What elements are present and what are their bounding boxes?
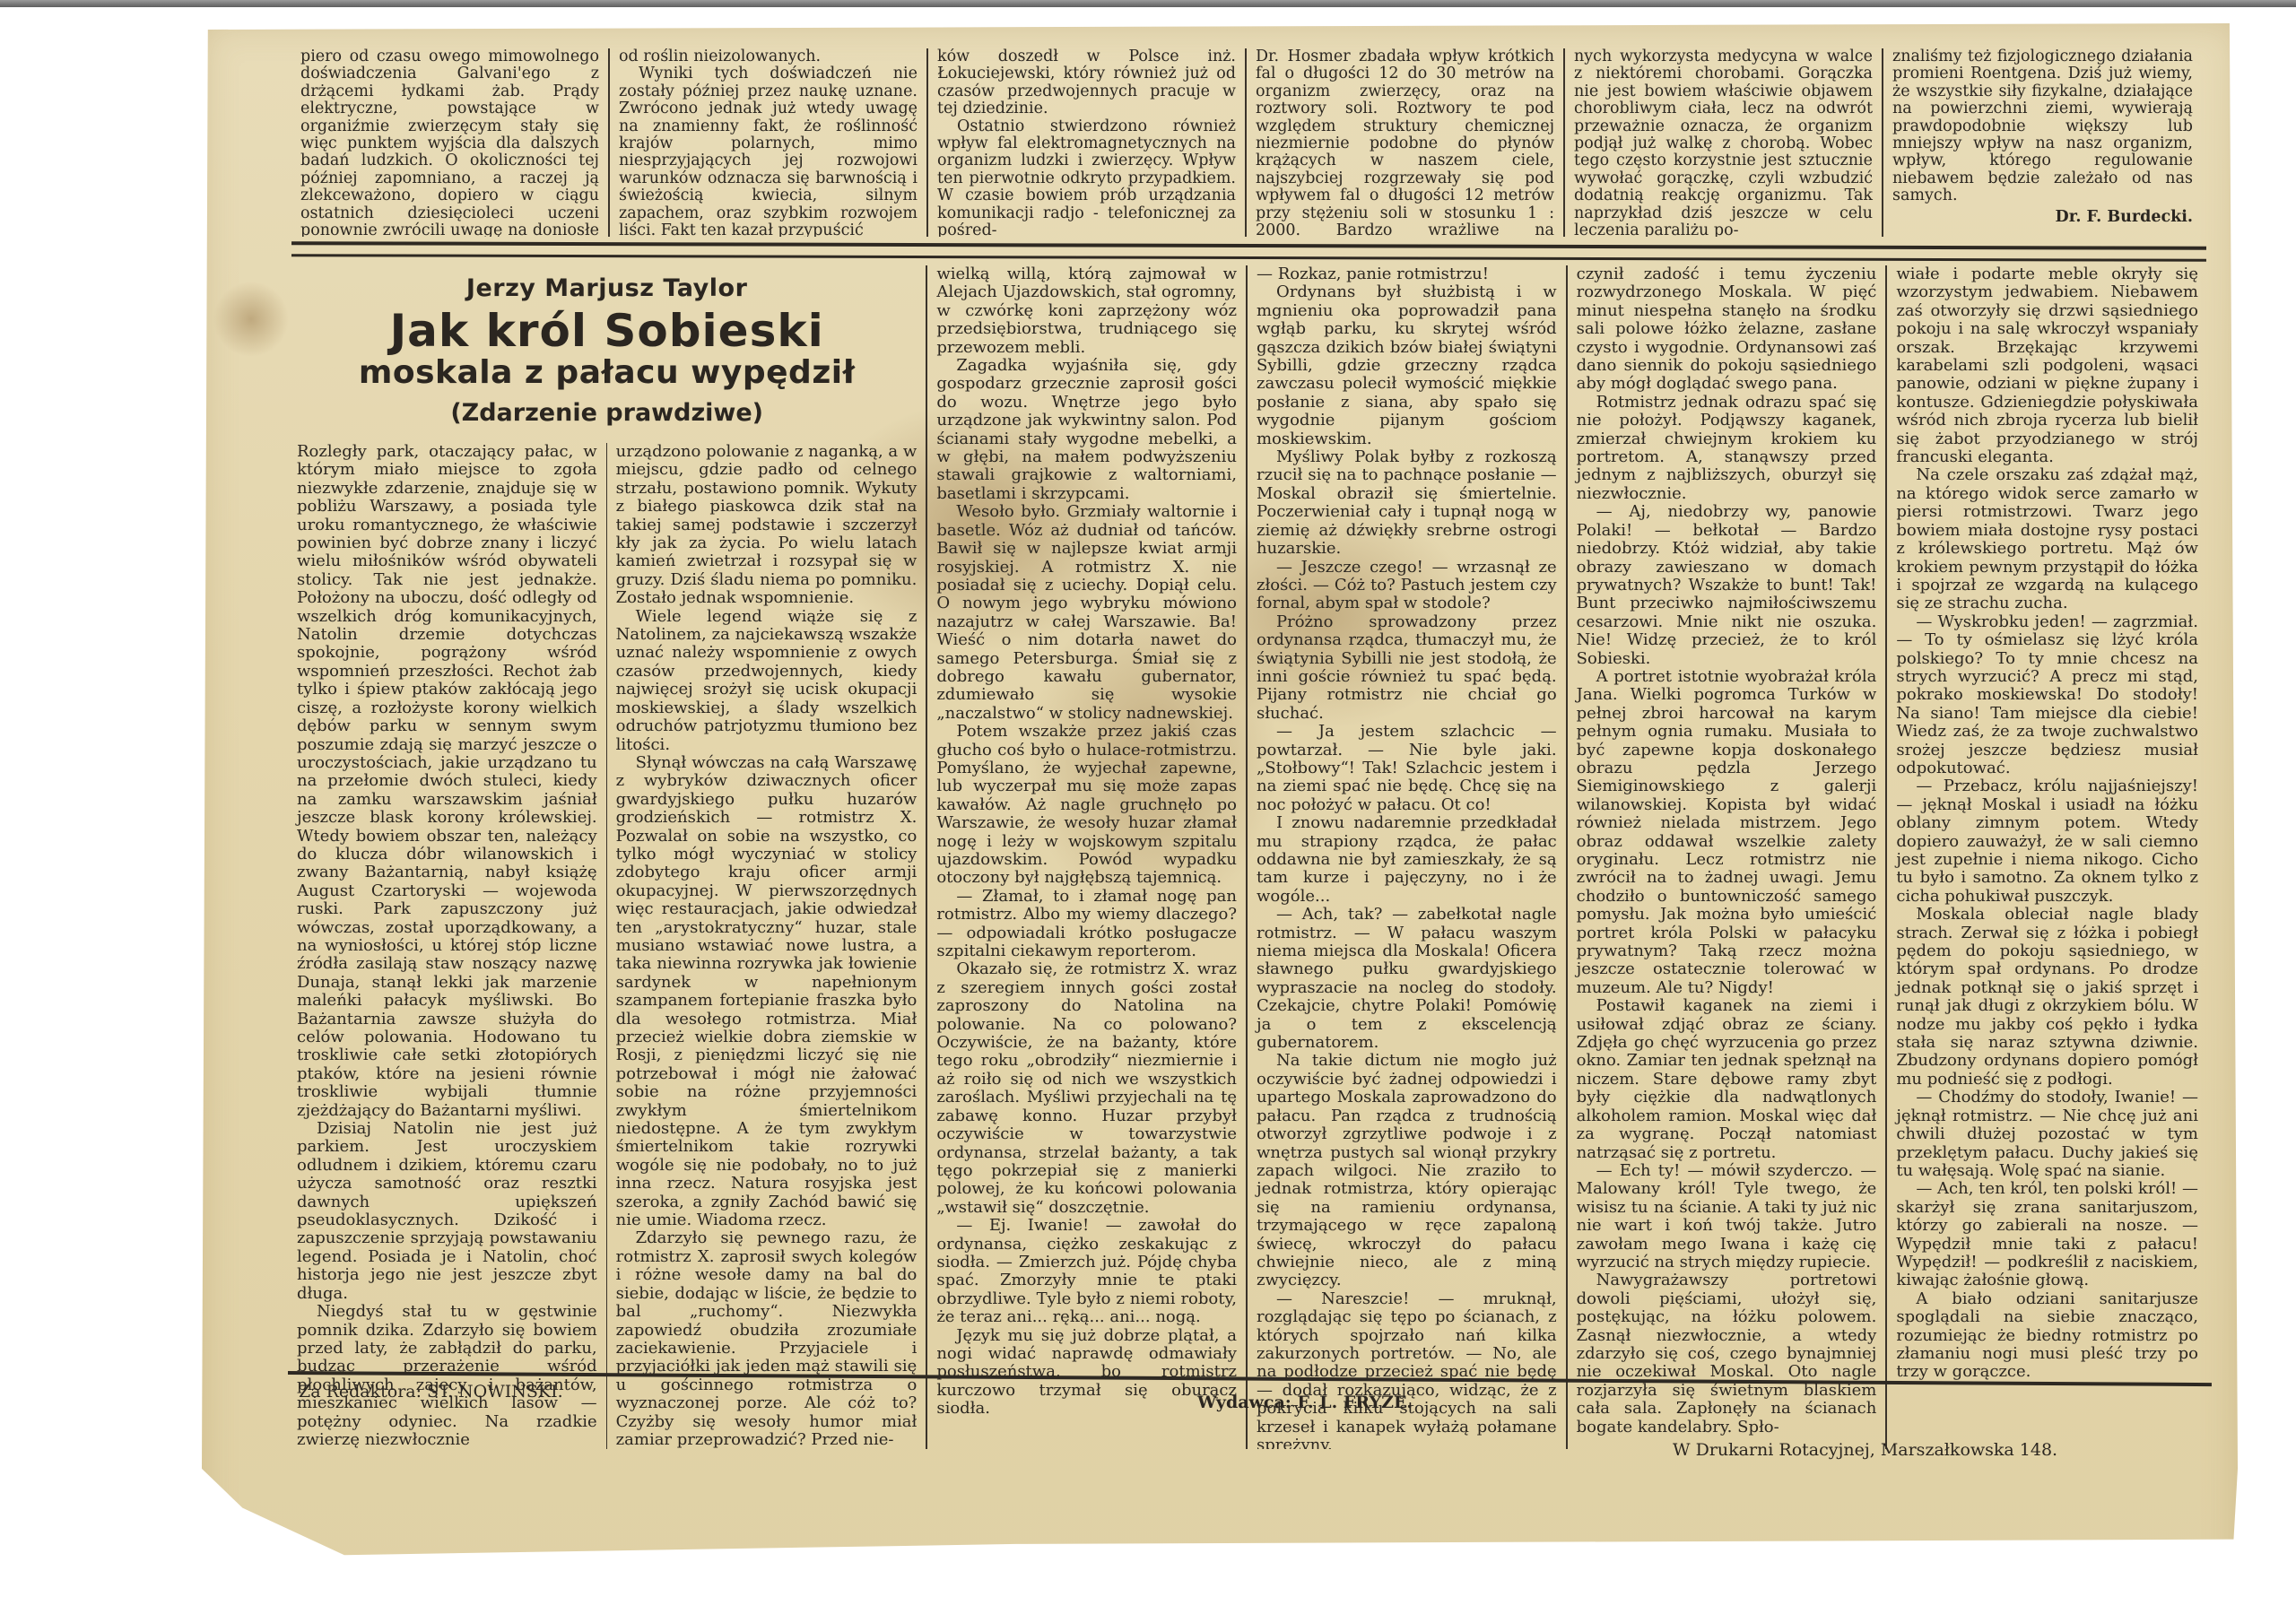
- paragraph: od roślin nieizolowanych.: [619, 48, 918, 65]
- paragraph: ków doszedł w Polsce inż. Łokuciejewski,…: [937, 48, 1236, 118]
- paragraph: Wyniki tych doświadczeń nie zostały późn…: [619, 65, 918, 237]
- paragraph: — Aj, niedobrzy wy, panowie Polaki! — be…: [1577, 503, 1877, 668]
- top-column-2: od roślin nieizolowanych. Wyniki tych do…: [610, 48, 928, 237]
- paragraph: — Ach, tak? — zabełkotał nagle rotmistrz…: [1257, 906, 1557, 1052]
- paragraph: Dzisiaj Natolin nie jest już parkiem. Je…: [297, 1120, 597, 1303]
- story-title-line2: moskala z pałacu wypędził: [288, 354, 926, 392]
- story: Jerzy Marjusz Taylor Jak król Sobieski m…: [288, 265, 2207, 1364]
- story-column-2: urządzono polowanie z naganką, a w miejs…: [607, 443, 926, 1449]
- story-column-6: wiałe i podarte meble okryły się wzorzys…: [1887, 265, 2207, 1449]
- paragraph: Ordynans był służbistą i w mgnieniu oka …: [1257, 283, 1557, 448]
- top-column-1: piero od czasu owego mimowolnego doświad…: [291, 48, 610, 237]
- paragraph: czynił zadość i temu życzeniu rozwydrzon…: [1577, 265, 1877, 394]
- paragraph: Rozległy park, otaczający pałac, w który…: [297, 443, 597, 1120]
- paragraph: Dr. Hosmer zbadała wpływ krótkich fal o …: [1256, 48, 1554, 237]
- paragraph: Rotmistrz jednak odrazu spać się nie poł…: [1577, 394, 1877, 503]
- paragraph: piero od czasu owego mimowolnego doświad…: [300, 48, 599, 237]
- top-column-6: znaliśmy też fizjologicznego działania p…: [1883, 48, 2202, 237]
- editor-credit: Za Redaktora: ST. NOWINSKI.: [299, 1382, 563, 1402]
- scanner-edge: [0, 0, 2296, 7]
- paragraph: — Jeszcze czego! — wrzasnął ze złości. —…: [1257, 559, 1557, 613]
- top-column-4: Dr. Hosmer zbadała wpływ krótkich fal o …: [1247, 48, 1565, 237]
- paragraph: — Ej. Iwanie! — zawołał do ordynansa, ci…: [936, 1217, 1237, 1326]
- paragraph: urządzono polowanie z naganką, a w miejs…: [616, 443, 918, 608]
- newspaper-page: piero od czasu owego mimowolnego doświad…: [202, 23, 2238, 1594]
- paragraph: Ostatnio stwierdzono również wpływ fal e…: [937, 118, 1236, 237]
- story-column-4: — Rozkaz, panie rotmistrzu! Ordynans był…: [1248, 265, 1568, 1449]
- paragraph: Postawił kaganek na ziemi i usiłował zdj…: [1577, 997, 1877, 1162]
- paragraph: A portret istotnie wyobrażał króla Jana.…: [1577, 668, 1877, 997]
- story-column-5: czynił zadość i temu życzeniu rozwydrzon…: [1568, 265, 1888, 1449]
- story-column-1: Rozległy park, otaczający pałac, w który…: [288, 443, 607, 1449]
- paragraph: Zdarzyło się pewnego razu, że rotmistrz …: [616, 1229, 918, 1449]
- paragraph: Słynął wówczas na całą Warszawę z wybryk…: [616, 754, 918, 1230]
- paragraph: Potem wszakże przez jakiś czas głucho co…: [936, 723, 1237, 888]
- paragraph: — Wyskrobku jeden! — zagrzmiał. — To ty …: [1896, 613, 2198, 778]
- paragraph: — Ech ty! — mówił szyderczo. — Malowany …: [1577, 1162, 1877, 1271]
- paragraph: Język mu się już dobrze plątał, a nogi w…: [936, 1327, 1237, 1419]
- paragraph: A biało odziani sanitarjusze spoglądali …: [1896, 1290, 2198, 1382]
- printer-credit: W Drukarni Rotacyjnej, Marszałkowska 148…: [1673, 1440, 2057, 1460]
- paragraph: Moskala obleciał nagle blady strach. Zer…: [1896, 906, 2198, 1089]
- paragraph: Wiele legend wiąże się z Natolinem, za n…: [616, 608, 918, 754]
- publisher-credit: Wydawca: F. L. FRYZE.: [1197, 1393, 1413, 1412]
- paragraph: Próżno sprowadzony przez ordynansa rządc…: [1257, 613, 1557, 723]
- paragraph: — Ach, ten król, ten polski król! — skar…: [1896, 1180, 2198, 1289]
- story-subtitle: (Zdarzenie prawdziwe): [288, 399, 926, 427]
- paragraph: Okazało się, że rotmistrz X. wraz z szer…: [936, 960, 1237, 1217]
- paragraph: Wesoło było. Grzmiały waltornie i basetl…: [936, 503, 1237, 723]
- top-article-continuation: piero od czasu owego mimowolnego doświad…: [291, 48, 2202, 237]
- paragraph: — Ja jestem szlachcic — powtarzał. — Nie…: [1257, 723, 1557, 814]
- paragraph: nych wykorzysta medycyna w walce z niekt…: [1574, 48, 1873, 237]
- headline-block: Jerzy Marjusz Taylor Jak król Sobieski m…: [288, 265, 926, 436]
- story-title: Jak król Sobieski: [288, 308, 926, 354]
- paragraph: — Nareszcie! — mruknął, rozglądając się …: [1257, 1290, 1557, 1450]
- paragraph: Na takie dictum nie mogło już oczywiście…: [1257, 1052, 1557, 1289]
- paragraph: I znowu nadaremnie przedkładał mu strapi…: [1257, 814, 1557, 906]
- paragraph: — Złamał, to i złamał nogę pan rotmistrz…: [936, 888, 1237, 961]
- story-column-3: wielką willą, którą zajmował w Alejach U…: [927, 265, 1248, 1449]
- paragraph: znaliśmy też fizjologicznego działania p…: [1892, 48, 2193, 205]
- top-column-3: ków doszedł w Polsce inż. Łokuciejewski,…: [928, 48, 1247, 237]
- story-lead-block: Jerzy Marjusz Taylor Jak król Sobieski m…: [288, 265, 927, 1449]
- article-signature: Dr. F. Burdecki.: [1892, 209, 2193, 226]
- paragraph: wielką willą, którą zajmował w Alejach U…: [936, 265, 1237, 357]
- paragraph: — Przebacz, królu najjaśniejszy! — jękną…: [1896, 777, 2198, 906]
- paragraph: Zagadka wyjaśniła się, gdy gospodarz grz…: [936, 357, 1237, 503]
- paragraph: Myśliwy Polak byłby z rozkoszą rzucił si…: [1257, 448, 1557, 558]
- paragraph: wiałe i podarte meble okryły się wzorzys…: [1896, 265, 2198, 466]
- paragraph: Na czele orszaku zaś zdążał mąż, na któr…: [1896, 466, 2198, 612]
- top-column-5: nych wykorzysta medycyna w walce z niekt…: [1565, 48, 1883, 237]
- section-divider: [291, 241, 2206, 262]
- paragraph: — Rozkaz, panie rotmistrzu!: [1257, 265, 1557, 283]
- paragraph: Nawygrażawszy portretowi dowoli pięściam…: [1577, 1271, 1877, 1436]
- paragraph: — Chodźmy do stodoły, Iwanie! — jęknął r…: [1896, 1089, 2198, 1180]
- story-author: Jerzy Marjusz Taylor: [288, 274, 926, 302]
